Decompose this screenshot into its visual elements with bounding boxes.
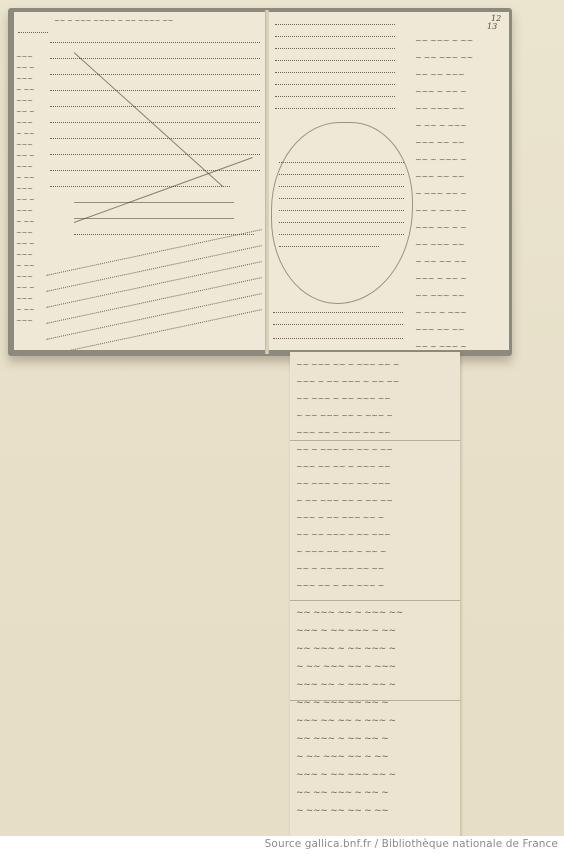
handwriting-line (279, 234, 404, 235)
pasted-paper-strip: ~~ ~~~ ~~ ~ ~~~ ~~ ~ ~~~ ~ ~~ ~~~ ~ ~~ ~… (290, 352, 460, 840)
handwriting-line (50, 90, 260, 91)
handwriting-line (279, 198, 404, 199)
page-number-alt: 13 (487, 22, 497, 31)
diagonal-cross-out (74, 52, 223, 187)
handwriting-line (50, 74, 260, 75)
strip-handwriting-upper: ~~ ~~~ ~~ ~ ~~~ ~~ ~ ~~~ ~ ~~ ~~~ ~ ~~ ~… (296, 356, 454, 596)
handwriting-line (279, 186, 404, 187)
right-column-handwriting: ~~ ~~~ ~ ~~ ~ ~~ ~~~ ~~ ~~ ~~ ~~~ ~~~ ~ … (415, 32, 505, 350)
handwriting-line (50, 138, 260, 139)
manuscript-notebook: ~~ ~ ~~~ ~~~~ ~ ~~ ~~~~ ~~ ~~~ ~~ ~ ~~~ … (8, 8, 512, 356)
handwriting-line (50, 106, 260, 107)
margin-note (18, 32, 48, 33)
handwriting-line (275, 72, 395, 73)
handwriting-line (275, 108, 395, 109)
handwriting-line (279, 222, 404, 223)
handwriting-header: ~~ ~ ~~~ ~~~~ ~ ~~ ~~~~ ~~ (54, 16, 254, 27)
handwriting-line (50, 186, 230, 187)
strikethrough-line (74, 218, 234, 219)
handwriting-line (279, 174, 404, 175)
margin-notes: ~~~ ~~ ~ ~~~ ~ ~~ ~~~ ~~ ~ ~~~ ~ ~~ ~~~ … (16, 52, 46, 342)
handwriting-line (275, 24, 395, 25)
right-page: 12 13 ~~ ~~~ ~ ~~ ~ ~~ ~~~ ~~ ~~ ~~ ~~~ … (268, 12, 509, 350)
strip-handwriting-lower: ~~ ~~~ ~~ ~ ~~~ ~~ ~~~ ~ ~~ ~~~ ~ ~~ ~~ … (296, 604, 454, 832)
handwriting-line (50, 42, 260, 43)
handwriting-line (273, 324, 403, 325)
handwriting-line (50, 170, 260, 171)
handwriting-line (279, 210, 404, 211)
handwriting-line (50, 154, 260, 155)
diagonal-cross-out (74, 157, 253, 223)
strikethrough-line (74, 202, 234, 203)
drawn-loop-outline (271, 122, 413, 304)
handwriting-line (50, 122, 260, 123)
handwriting-line (275, 36, 395, 37)
strip-seam (290, 600, 460, 601)
source-caption: Source gallica.bnf.fr / Bibliothèque nat… (265, 838, 558, 850)
handwriting-line (275, 96, 395, 97)
handwriting-line (279, 246, 379, 247)
handwriting-line (273, 312, 403, 313)
handwriting-line (275, 48, 395, 49)
handwriting-line (273, 338, 403, 339)
left-page: ~~ ~ ~~~ ~~~~ ~ ~~ ~~~~ ~~ ~~~ ~~ ~ ~~~ … (14, 12, 267, 350)
handwriting-line (279, 162, 404, 163)
handwriting-line (275, 60, 395, 61)
handwriting-line (74, 234, 254, 235)
handwriting-line (275, 84, 395, 85)
